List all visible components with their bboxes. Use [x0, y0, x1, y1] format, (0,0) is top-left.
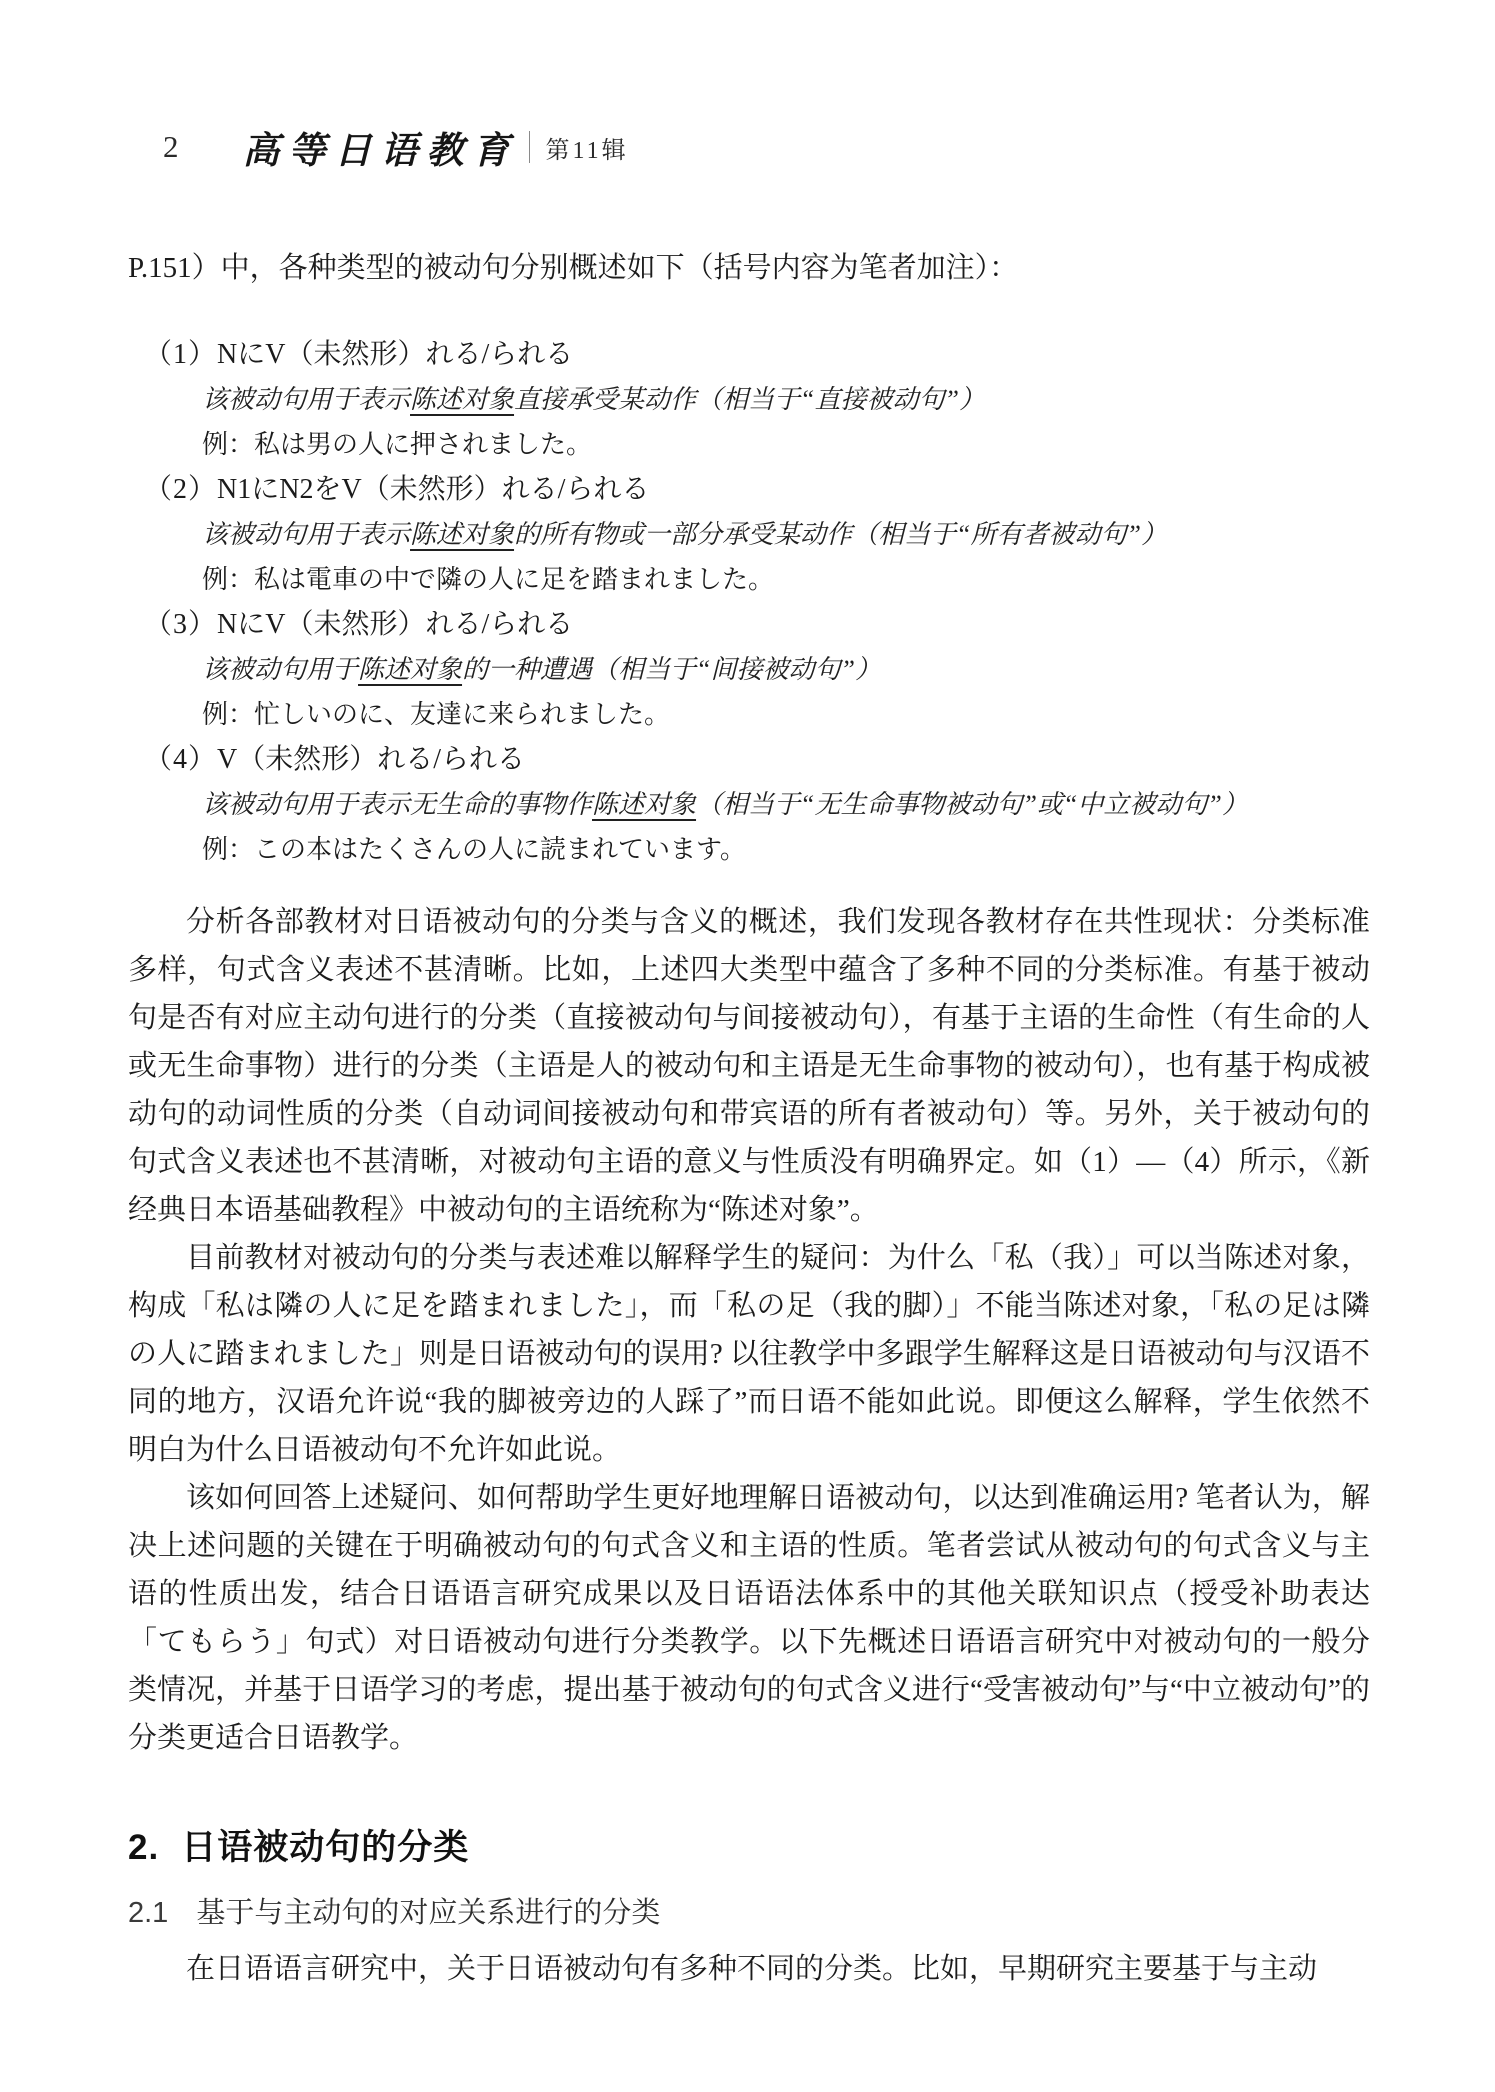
- description-text: 该被动句用于表示: [202, 385, 410, 414]
- journal-title: 高等日语教育: [243, 120, 519, 174]
- subsection-number: 2.1: [128, 1897, 168, 1929]
- pattern-example: 例：私は男の人に押されました。: [144, 422, 1370, 467]
- pattern-example: 例：忙しいのに、友達に来られました。: [144, 692, 1370, 737]
- pattern-formula: （2）N1にN2をV（未然形）れる/られる: [144, 467, 1370, 512]
- list-item-3: （3）NにV（未然形）れる/られる 该被动句用于陈述对象的一种遭遇（相当于“间接…: [144, 602, 1370, 737]
- description-text: 的所有物或一部分承受某动作（相当于“所有者被动句”）: [514, 520, 1167, 549]
- page-body: P.151）中，各种类型的被动句分别概述如下（括号内容为笔者加注）： （1）Nに…: [128, 246, 1370, 1993]
- item-formula: V（未然形）れる/られる: [217, 744, 525, 775]
- page-header: 2 高等日语教育 第11辑: [163, 120, 629, 174]
- issue-number: 第11辑: [546, 130, 629, 165]
- item-label: （2）: [144, 474, 217, 505]
- pattern-description: 该被动句用于表示无生命的事物作陈述对象（相当于“无生命事物被动句”或“中立被动句…: [144, 782, 1370, 827]
- underlined-term: 陈述对象: [358, 655, 462, 684]
- item-formula: NにV（未然形）れる/られる: [217, 609, 573, 640]
- description-text: 该被动句用于表示: [202, 520, 410, 549]
- subsection-heading: 2.1基于与主动句的对应关系进行的分类: [128, 1890, 1370, 1931]
- list-item-1: （1）NにV（未然形）れる/られる 该被动句用于表示陈述对象直接承受某动作（相当…: [144, 332, 1370, 467]
- list-item-2: （2）N1にN2をV（未然形）れる/られる 该被动句用于表示陈述对象的所有物或一…: [144, 467, 1370, 602]
- pattern-example: 例：この本はたくさんの人に読まれています。: [144, 827, 1370, 872]
- item-label: （3）: [144, 609, 217, 640]
- underlined-term: 陈述对象: [410, 520, 514, 549]
- body-paragraphs: 分析各部教材对日语被动句的分类与含义的概述，我们发现各教材存在共性现状：分类标准…: [128, 898, 1370, 1762]
- pattern-formula: （3）NにV（未然形）れる/られる: [144, 602, 1370, 647]
- description-text: 直接承受某动作（相当于“直接被动句”）: [514, 385, 985, 414]
- section-heading: 2.日语被动句的分类: [128, 1820, 1370, 1870]
- item-formula: N1にN2をV（未然形）れる/られる: [217, 474, 649, 505]
- pattern-description: 该被动句用于陈述对象的一种遭遇（相当于“间接被动句”）: [144, 647, 1370, 692]
- body-paragraph-3: 该如何回答上述疑问、如何帮助学生更好地理解日语被动句，以达到准确运用? 笔者认为…: [128, 1474, 1370, 1762]
- pattern-description: 该被动句用于表示陈述对象的所有物或一部分承受某动作（相当于“所有者被动句”）: [144, 512, 1370, 557]
- pattern-formula: （4）V（未然形）れる/られる: [144, 737, 1370, 782]
- underlined-term: 陈述对象: [410, 385, 514, 414]
- page-number: 2: [163, 129, 179, 165]
- body-paragraph-2: 目前教材对被动句的分类与表述难以解释学生的疑问：为什么「私（我）」可以当陈述对象…: [128, 1234, 1370, 1474]
- item-formula: NにV（未然形）れる/られる: [217, 339, 573, 370]
- section-title: 日语被动句的分类: [181, 1828, 469, 1867]
- item-label: （4）: [144, 744, 217, 775]
- closing-paragraph: 在日语语言研究中，关于日语被动句有多种不同的分类。比如，早期研究主要基于与主动: [128, 1945, 1370, 1993]
- header-divider: [529, 131, 530, 163]
- subsection-title: 基于与主动句的对应关系进行的分类: [196, 1897, 660, 1929]
- description-text: 该被动句用于表示无生命的事物作: [202, 790, 592, 819]
- description-text: （相当于“无生命事物被动句”或“中立被动句”）: [696, 790, 1248, 819]
- description-text: 的一种遭遇（相当于“间接被动句”）: [462, 655, 881, 684]
- intro-paragraph: P.151）中，各种类型的被动句分别概述如下（括号内容为笔者加注）：: [128, 246, 1370, 290]
- underlined-term: 陈述对象: [592, 790, 696, 819]
- section-number: 2.: [128, 1828, 159, 1867]
- description-text: 该被动句用于: [202, 655, 358, 684]
- list-item-4: （4）V（未然形）れる/られる 该被动句用于表示无生命的事物作陈述对象（相当于“…: [144, 737, 1370, 872]
- document-page: 2 高等日语教育 第11辑 P.151）中，各种类型的被动句分别概述如下（括号内…: [0, 0, 1495, 2092]
- pattern-example: 例：私は電車の中で隣の人に足を踏まれました。: [144, 557, 1370, 602]
- item-label: （1）: [144, 339, 217, 370]
- passive-pattern-list: （1）NにV（未然形）れる/られる 该被动句用于表示陈述对象直接承受某动作（相当…: [128, 332, 1370, 872]
- body-paragraph-1: 分析各部教材对日语被动句的分类与含义的概述，我们发现各教材存在共性现状：分类标准…: [128, 898, 1370, 1234]
- pattern-formula: （1）NにV（未然形）れる/られる: [144, 332, 1370, 377]
- pattern-description: 该被动句用于表示陈述对象直接承受某动作（相当于“直接被动句”）: [144, 377, 1370, 422]
